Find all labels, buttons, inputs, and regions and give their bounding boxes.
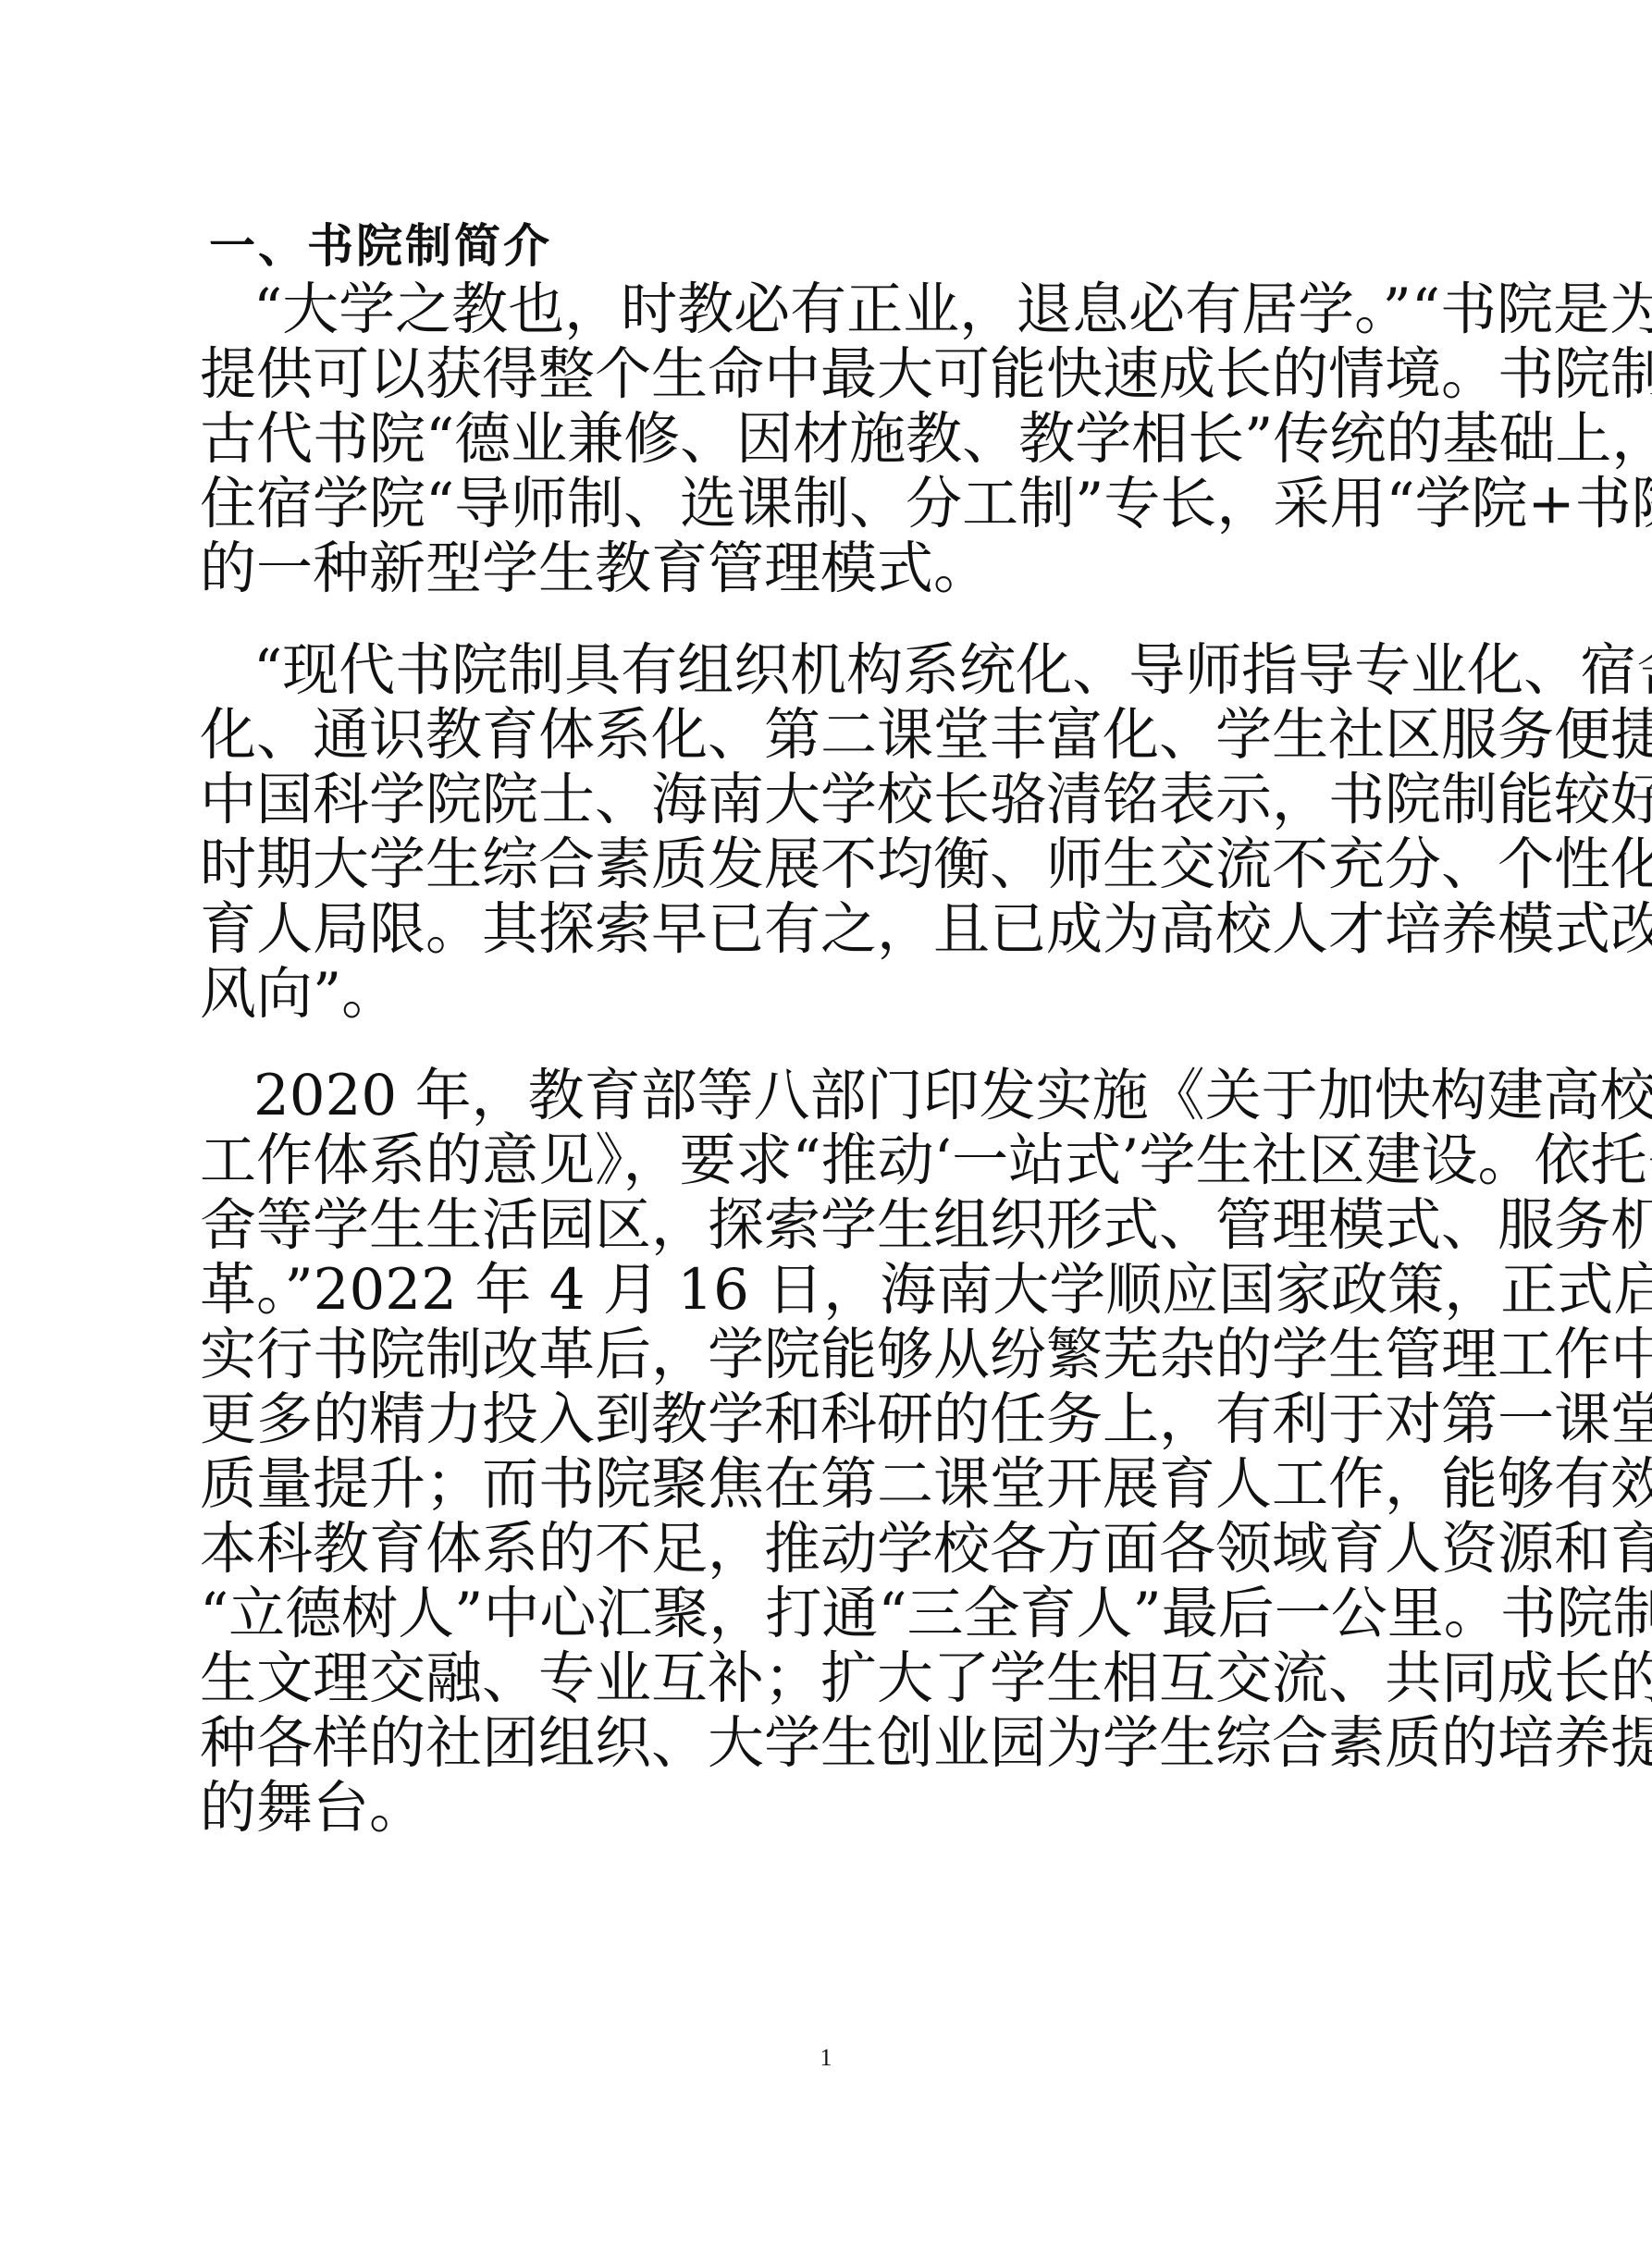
paragraph-line: 2020 年，教育部等八部门印发实施《关于加快构建高校思想政治 — [253, 1064, 1460, 1128]
paragraph-line: 更多的精力投入到教学和科研的任务上，有利于对第一课堂的投入和 — [200, 1387, 1460, 1452]
paragraph-line: 的舞台。 — [200, 1776, 1460, 1841]
paragraph-line: 工作体系的意见》，要求“推动‘一站式’学生社区建设。依托书院、宿 — [200, 1128, 1460, 1193]
paragraph-line: 育人局限。其探索早已有之，且已成为高校人才培养模式改革创新的“新 — [200, 897, 1460, 962]
page-number: 1 — [0, 2044, 1652, 2072]
paragraph-line: 时期大学生综合素质发展不均衡、师生交流不充分、个性化培养不突显的 — [200, 832, 1460, 897]
paragraph-line: 生文理交融、专业互补；扩大了学生相互交流、共同成长的空间；各 — [200, 1646, 1460, 1711]
paragraph-line: 风向”。 — [200, 962, 1460, 1027]
paragraph-line: 舍等学生生活园区，探索学生组织形式、管理模式、服务机制改 — [200, 1193, 1460, 1258]
paragraph-line: 革。”2022 年 4 月 16 日，海南大学顺应国家政策，正式启动书院制。 — [200, 1258, 1460, 1323]
paragraph-line: 质量提升；而书院聚焦在第二课堂开展育人工作，能够有效补偿传统 — [200, 1452, 1460, 1517]
paragraph-line: 中国科学院院士、海南大学校长骆清铭表示，书院制能较好适应和解决新 — [200, 768, 1460, 832]
paragraph-line: “大学之教也，时教必有正业，退息必有居学。”“书院是为年轻人 — [253, 277, 1460, 342]
paragraph-line: 种各样的社团组织、大学生创业园为学生综合素质的培养提供了良好 — [200, 1711, 1460, 1776]
document-page: 一、书院制简介 “大学之教也，时教必有正业，退息必有居学。”“书院是为年轻人 提… — [0, 0, 1652, 2242]
paragraph-line: “现代书院制具有组织机构系统化、导师指导专业化、宿舍功能多样 — [253, 638, 1460, 703]
paragraph-line: 的一种新型学生教育管理模式。 — [200, 536, 1460, 601]
section-heading: 一、书院制简介 — [209, 209, 552, 276]
paragraph-line: 住宿学院“导师制、选课制、分工制”专长，采用“学院+书院”双重管理 — [200, 472, 1460, 536]
paragraph-line: 本科教育体系的不足，推动学校各方面各领域育人资源和育人力量向 — [200, 1517, 1460, 1582]
paragraph-line: 化、通识教育体系化、第二课堂丰富化、学生社区服务便捷化等特点。” — [200, 703, 1460, 768]
paragraph-line: 提供可以获得整个生命中最大可能快速成长的情境。书院制是在承袭 — [200, 342, 1460, 407]
paragraph-line: 古代书院“德业兼修、因材施教、教学相长”传统的基础上，融合西方 — [200, 407, 1460, 472]
paragraph-line: “立德树人”中心汇聚，打通“三全育人”最后一公里。书院制强化了学 — [200, 1582, 1460, 1646]
paragraph-line: 实行书院制改革后，学院能够从纷繁芜杂的学生管理工作中松绑，将 — [200, 1323, 1460, 1387]
